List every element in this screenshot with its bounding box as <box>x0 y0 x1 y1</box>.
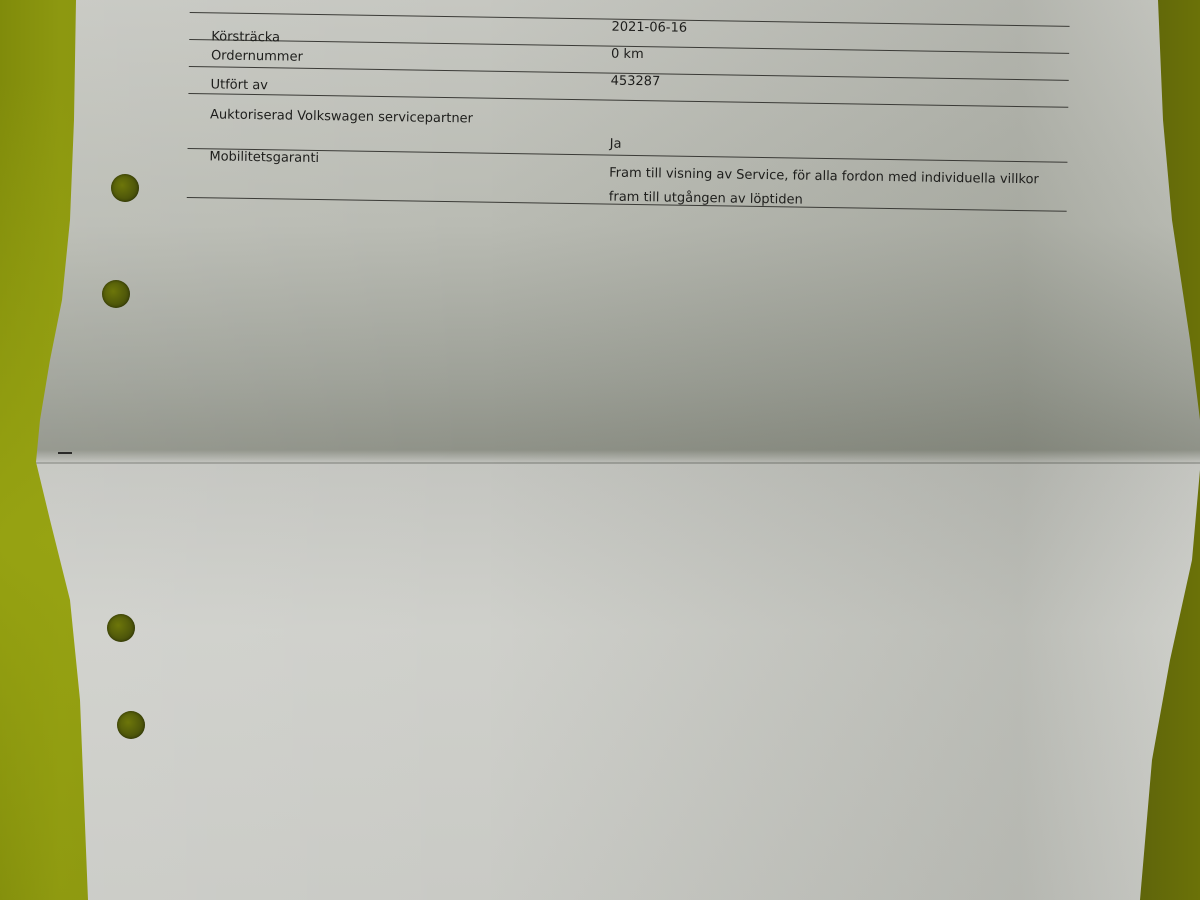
punch-hole <box>117 711 145 739</box>
fold-mark <box>58 452 72 454</box>
row-value-authorized-partner: Ja <box>609 101 1068 162</box>
punch-hole <box>102 280 130 308</box>
row-value-mobility-guarantee: Fram till visning av Service, för alla f… <box>609 156 1068 211</box>
row-label: Mobilitetsgaranti <box>187 149 610 204</box>
paper-fold-line <box>36 462 1200 464</box>
service-record-table: Körsträcka 2021-06-16 Ordernummer 0 km U… <box>187 0 1070 212</box>
punch-hole <box>107 614 135 642</box>
punch-hole <box>111 174 139 202</box>
row-label: Auktoriserad Volkswagen servicepartner <box>188 94 611 155</box>
